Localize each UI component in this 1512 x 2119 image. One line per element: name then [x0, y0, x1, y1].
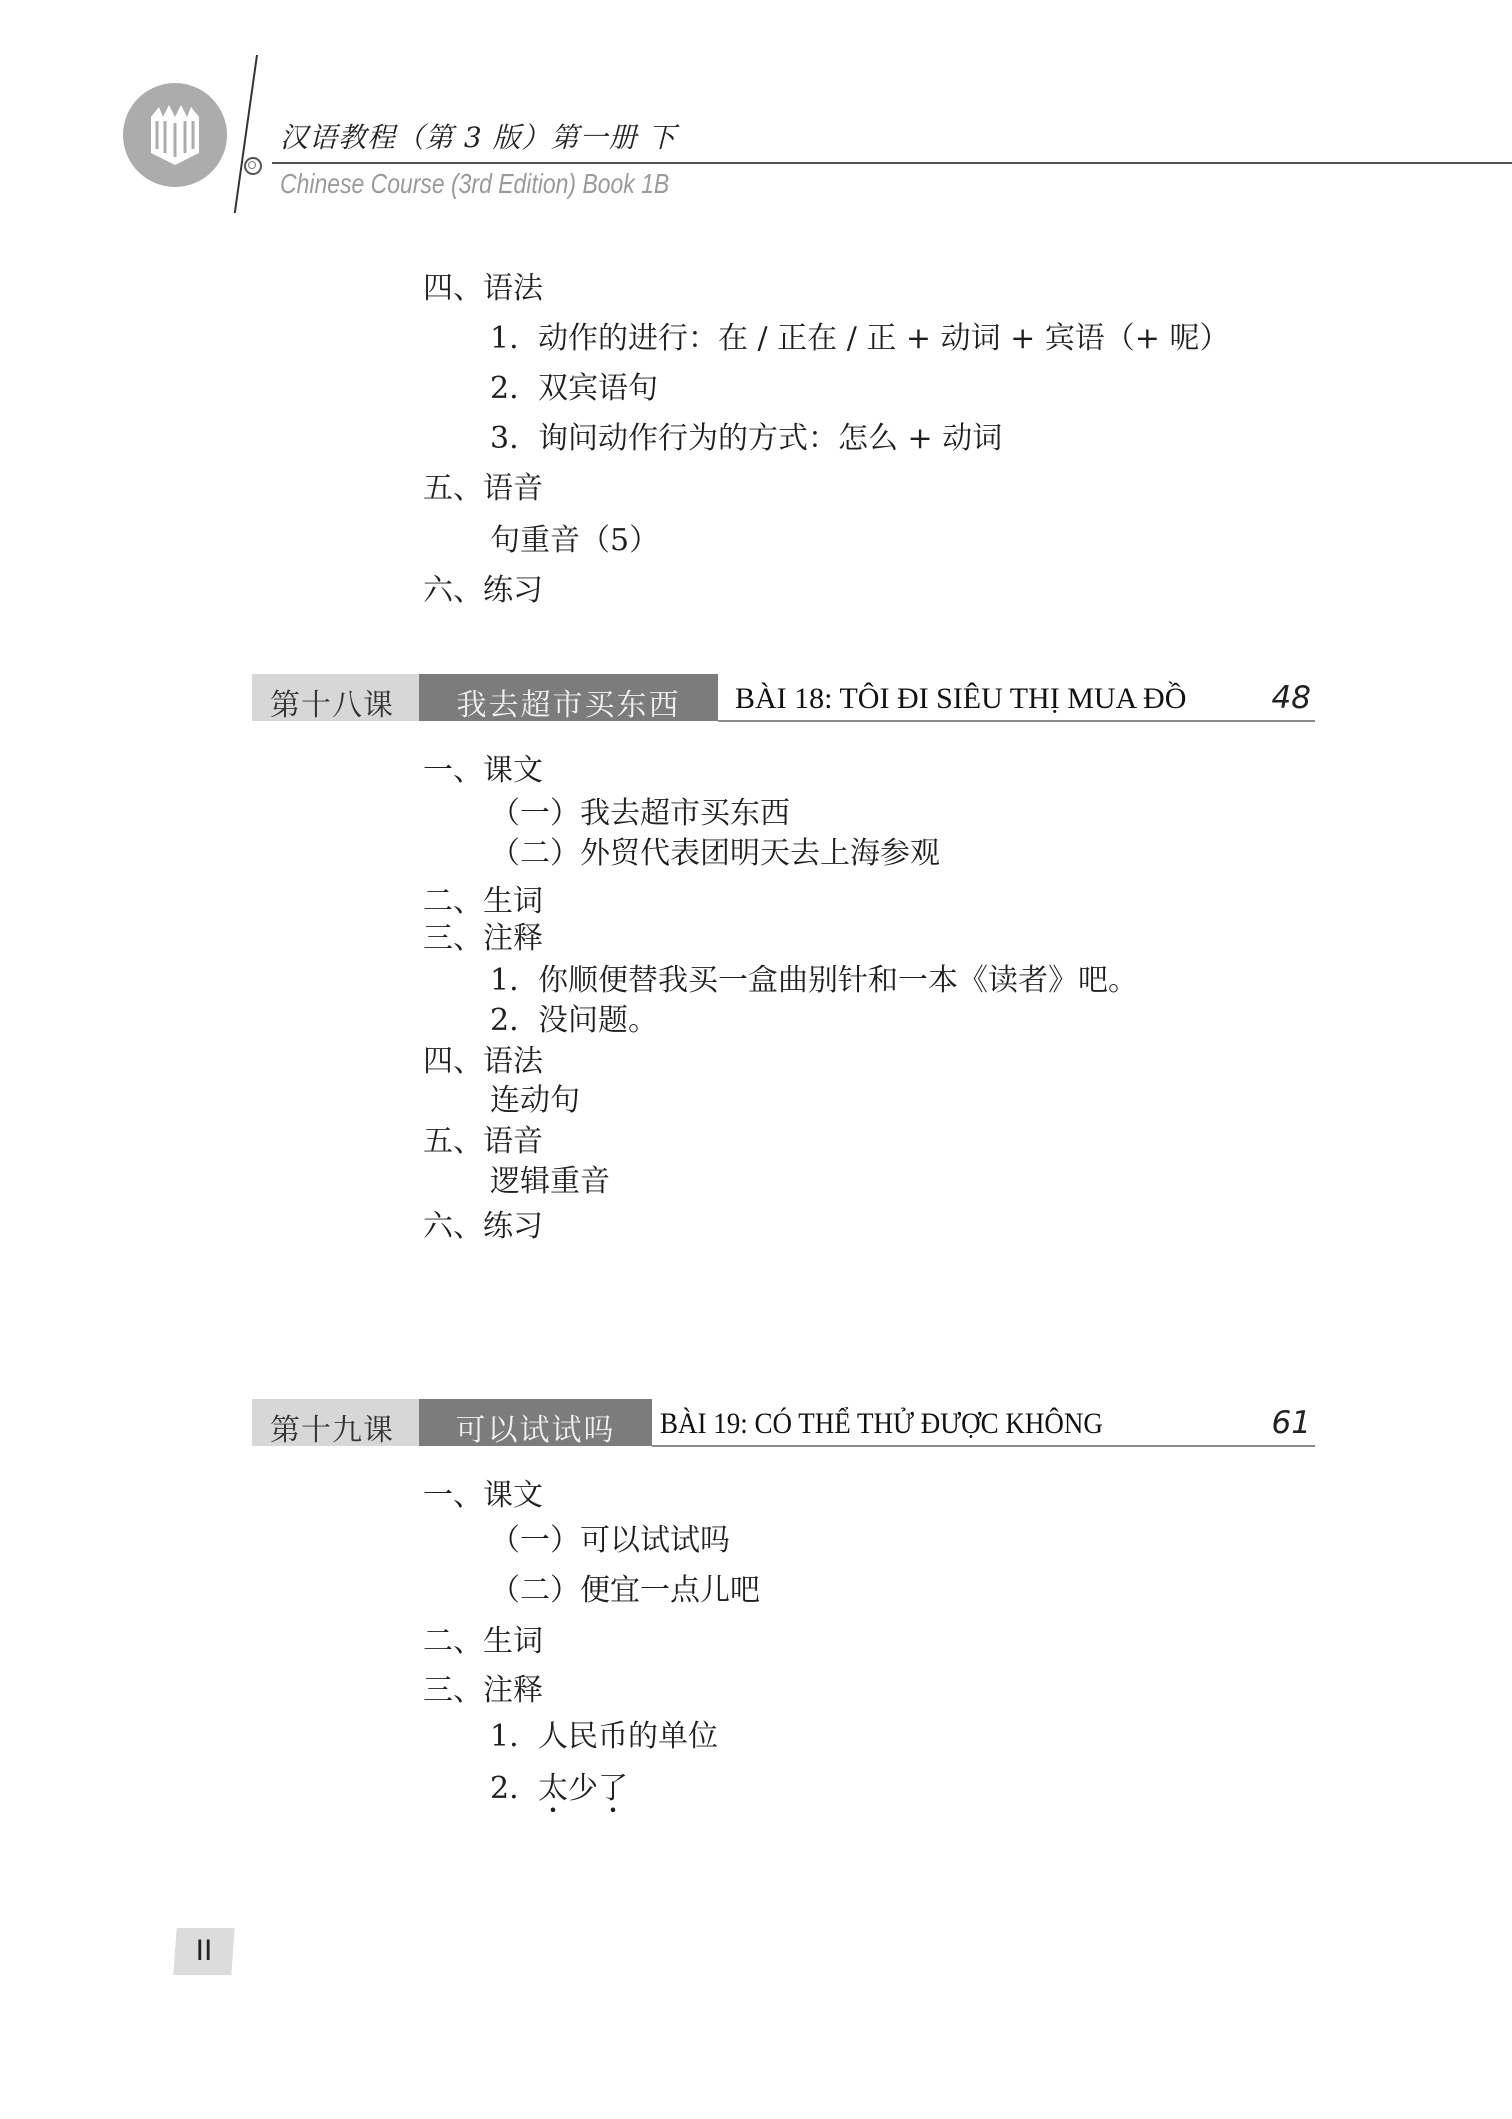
outline-heading: 一、课文 — [423, 754, 543, 788]
outline-item: 句重音（5） — [490, 524, 659, 558]
book-crown-logo-icon — [145, 103, 205, 167]
outline-heading: 一、课文 — [423, 1479, 543, 1513]
outline-heading: 六、练习 — [423, 574, 543, 608]
outline-item: （二）便宜一点儿吧 — [490, 1574, 760, 1608]
lesson-title-box: 可以试试吗 — [419, 1399, 652, 1446]
outline-item: 逻辑重音 — [490, 1165, 610, 1199]
publisher-logo — [123, 83, 227, 187]
lesson-title-vietnamese: BÀI 18: TÔI ĐI SIÊU THỊ MUA ĐỒ — [735, 682, 1186, 716]
emphasized-char: 了 — [598, 1772, 628, 1806]
outline-item: 1.你顺便替我买一盒曲别针和一本《读者》吧。 — [490, 964, 1138, 998]
page-reference[interactable]: 61 — [1272, 1405, 1311, 1441]
emphasized-char: 太 — [538, 1772, 568, 1806]
outline-item: （二）外贸代表团明天去上海参观 — [490, 837, 940, 871]
header-rule — [272, 162, 1512, 164]
lesson-title-box: 我去超市买东西 — [419, 674, 718, 721]
outline-item: 2.太少了 — [490, 1772, 628, 1806]
outline-heading: 四、语法 — [423, 1045, 543, 1079]
ring-ornament-icon — [244, 157, 262, 175]
lesson-number-box: 第十八课 — [252, 674, 419, 721]
outline-heading: 五、语音 — [423, 1125, 543, 1159]
page-number: II — [175, 1934, 233, 1968]
outline-item: 连动句 — [490, 1084, 580, 1118]
outline-item: 1.动作的进行：在 / 正在 / 正 + 动词 + 宾语（+ 呢） — [490, 322, 1229, 356]
outline-item: 3.询问动作行为的方式：怎么 + 动词 — [490, 422, 1002, 456]
outline-heading: 三、注释 — [423, 922, 543, 956]
lesson-18-header[interactable]: 第十八课 我去超市买东西 BÀI 18: TÔI ĐI SIÊU THỊ MUA… — [252, 674, 1315, 721]
book-title-chinese: 汉语教程（第 3 版）第一册 下 — [280, 116, 677, 156]
outline-item: 2.没问题。 — [490, 1004, 658, 1038]
lesson-rule — [652, 1445, 1315, 1447]
lesson-rule — [718, 720, 1315, 722]
book-title-english: Chinese Course (3rd Edition) Book 1B — [280, 168, 669, 200]
lesson-number-box: 第十九课 — [252, 1399, 419, 1446]
outline-item: （一）可以试试吗 — [490, 1524, 730, 1558]
lesson-19-header[interactable]: 第十九课 可以试试吗 BÀI 19: CÓ THỂ THỬ ĐƯỢC KHÔNG… — [252, 1399, 1315, 1446]
outline-heading: 六、练习 — [423, 1210, 543, 1244]
outline-heading: 三、注释 — [423, 1674, 543, 1708]
outline-heading: 二、生词 — [423, 885, 543, 919]
outline-item: （一）我去超市买东西 — [490, 797, 790, 831]
outline-heading: 四、语法 — [423, 272, 543, 306]
outline-item: 2.双宾语句 — [490, 372, 658, 406]
header-divider-slash — [234, 55, 258, 213]
lesson-title-vietnamese: BÀI 19: CÓ THỂ THỬ ĐƯỢC KHÔNG — [660, 1407, 1103, 1441]
page-reference[interactable]: 48 — [1272, 680, 1311, 716]
outline-item: 1.人民币的单位 — [490, 1720, 718, 1754]
outline-heading: 二、生词 — [423, 1625, 543, 1659]
outline-heading: 五、语音 — [423, 472, 543, 506]
